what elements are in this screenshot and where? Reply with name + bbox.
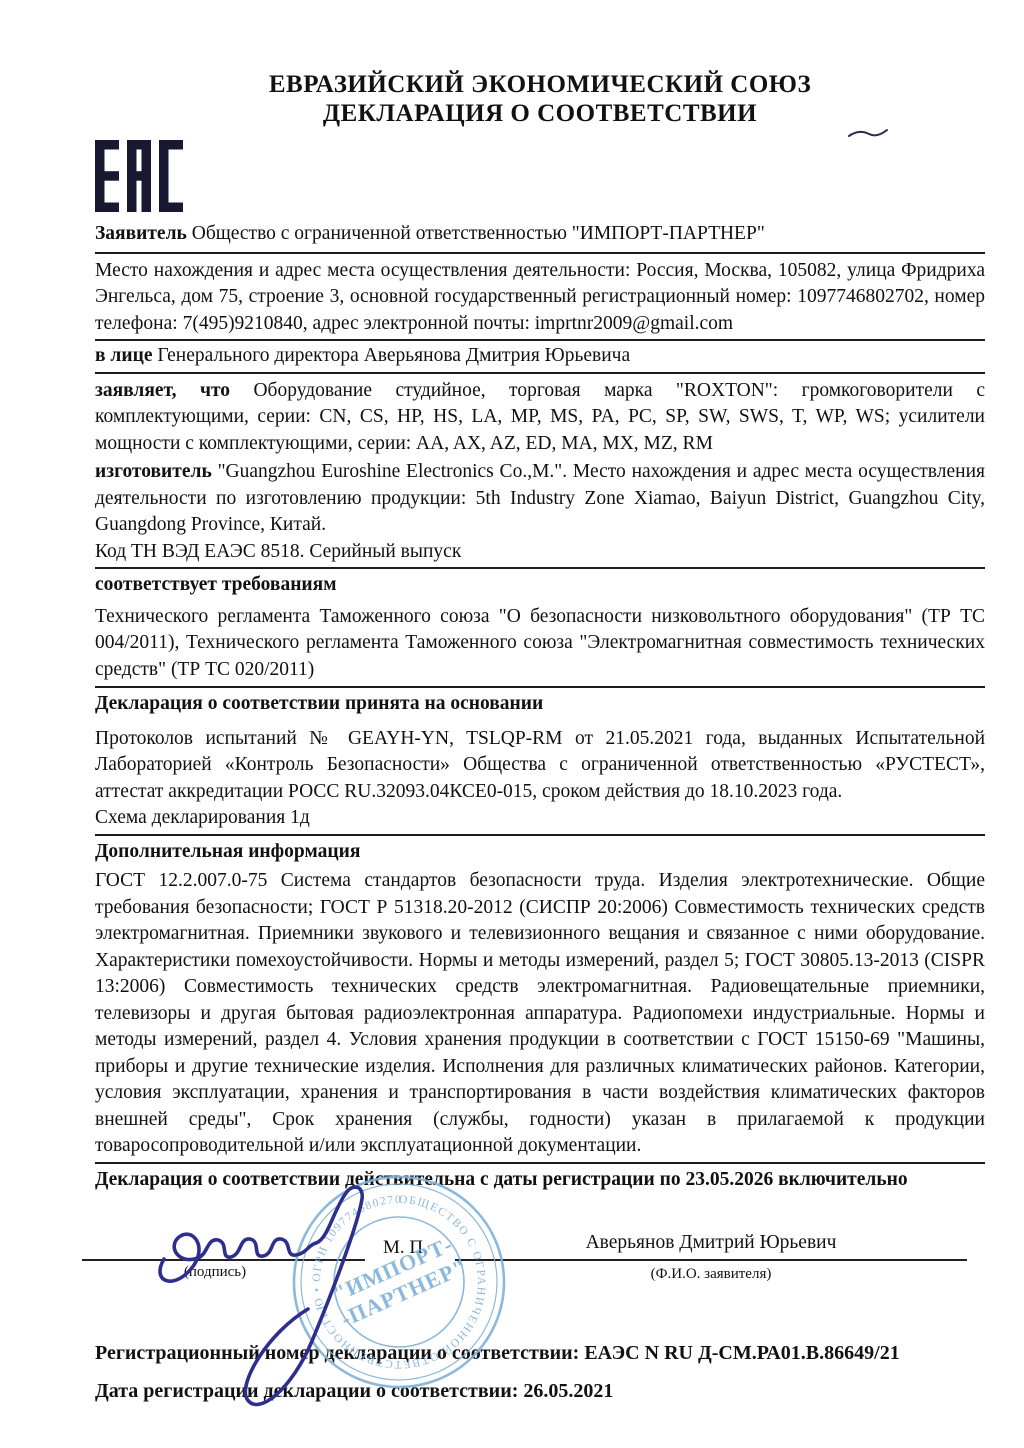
separator	[95, 372, 985, 374]
manufacturer-paragraph: изготовитель "Guangzhou Euroshine Electr…	[95, 459, 985, 539]
manufacturer-value: "Guangzhou Euroshine Electronics Co.,M."…	[95, 461, 985, 535]
signature-caption: (подпись)	[115, 1263, 315, 1281]
document-title: ЕВРАЗИЙСКИЙ ЭКОНОМИЧЕСКИЙ СОЮЗ ДЕКЛАРАЦИ…	[95, 70, 985, 128]
additional-paragraph: ГОСТ 12.2.007.0-75 Система стандартов бе…	[95, 868, 985, 1160]
stamp-place-label: М. П.	[383, 1237, 428, 1259]
in-person-line: в лице Генерального директора Аверьянова…	[95, 343, 985, 370]
applicant-line: Заявитель Общество с ограниченной ответс…	[95, 221, 985, 248]
declares-label: заявляет, что	[95, 380, 230, 401]
separator	[95, 252, 985, 254]
signature-block: ОБЩЕСТВО С ОГРАНИЧЕННОЙ ОТВЕТСТВЕННОСТЬЮ…	[95, 1199, 985, 1333]
manufacturer-label: изготовитель	[95, 461, 212, 482]
applicant-label: Заявитель	[95, 223, 187, 244]
registration-date-line: Дата регистрации декларации о соответств…	[95, 1379, 985, 1403]
separator	[95, 686, 985, 688]
registration-number-line: Регистрационный номер декларации о соотв…	[95, 1341, 985, 1365]
complies-paragraph: Технического регламента Таможенного союз…	[95, 604, 985, 684]
in-person-label: в лице	[95, 345, 152, 366]
title-line-union: ЕВРАЗИЙСКИЙ ЭКОНОМИЧЕСКИЙ СОЮЗ	[95, 70, 985, 99]
stamp-center-line2: -ПАРТНЕР"	[337, 1254, 471, 1332]
basis-heading: Декларация о соответствии принята на осн…	[95, 691, 985, 718]
additional-heading: Дополнительная информация	[95, 839, 985, 866]
eac-mark-icon	[95, 140, 183, 212]
title-line-declaration: ДЕКЛАРАЦИЯ О СООТВЕТСТВИИ	[95, 99, 985, 128]
validity-line: Декларация о соответствии действительна …	[95, 1167, 985, 1194]
separator	[95, 567, 985, 569]
address-paragraph: Место нахождения и адрес места осуществл…	[95, 258, 985, 338]
separator	[95, 834, 985, 836]
eac-logo	[95, 140, 985, 212]
basis-paragraph: Протоколов испытаний № GEAYH-YN, TSLQP-R…	[95, 726, 985, 806]
separator	[95, 1162, 985, 1164]
declares-paragraph: заявляет, что Оборудование студийное, то…	[95, 378, 985, 458]
in-person-value: Генерального директора Аверьянова Дмитри…	[152, 345, 630, 366]
signature-rule	[82, 1259, 365, 1261]
complies-heading: соответствует требованиям	[95, 572, 985, 599]
signer-caption: (Ф.И.О. заявителя)	[455, 1265, 967, 1283]
signer-rule	[455, 1259, 967, 1261]
tnved-code-line: Код ТН ВЭД ЕАЭС 8518. Серийный выпуск	[95, 539, 985, 566]
scheme-line: Схема декларирования 1д	[95, 805, 985, 832]
signer-name: Аверьянов Дмитрий Юрьевич	[455, 1232, 967, 1254]
declaration-document: ЕВРАЗИЙСКИЙ ЭКОНОМИЧЕСКИЙ СОЮЗ ДЕКЛАРАЦИ…	[0, 0, 1024, 1448]
applicant-value: Общество с ограниченной ответственностью…	[187, 223, 765, 244]
separator	[95, 339, 985, 341]
